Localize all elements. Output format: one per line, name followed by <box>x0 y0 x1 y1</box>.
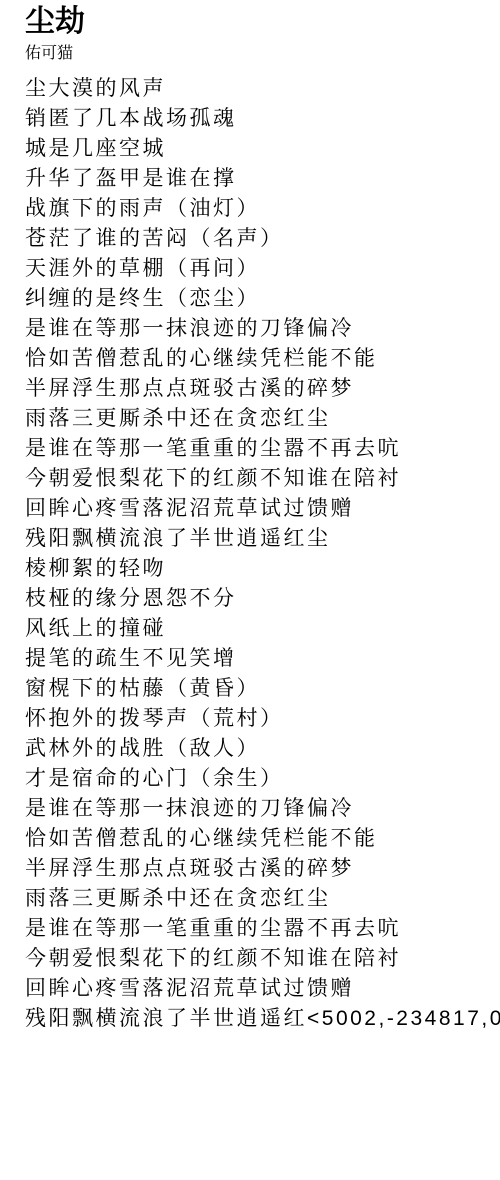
lyrics-page: 尘劫 佑可猫 尘大漠的风声销匿了几本战场孤魂城是几座空城升华了盔甲是谁在撑战旗下… <box>0 2 500 1034</box>
lyric-line: 恰如苦僧惹乱的心继续凭栏能不能 <box>25 344 500 374</box>
lyric-line: 半屏浮生那点点斑驳古溪的碎梦 <box>25 854 500 884</box>
artist-name: 佑可猫 <box>25 44 500 64</box>
lyric-line: 回眸心疼雪落泥沼荒草试过馈赠 <box>25 974 500 1004</box>
lyric-line: 是谁在等那一笔重重的尘嚣不再去吭 <box>25 434 500 464</box>
lyric-line: 棱柳絮的轻吻 <box>25 554 500 584</box>
lyric-line: 残阳飘横流浪了半世逍遥红<5002,-234817,0>尘 <box>25 1004 500 1034</box>
lyric-line: 纠缠的是终生（恋尘） <box>25 284 500 314</box>
lyric-line: 今朝爱恨梨花下的红颜不知谁在陪衬 <box>25 944 500 974</box>
lyric-line: 苍茫了谁的苦闷（名声） <box>25 224 500 254</box>
lyric-line: 是谁在等那一抹浪迹的刀锋偏冷 <box>25 794 500 824</box>
lyric-line: 恰如苦僧惹乱的心继续凭栏能不能 <box>25 824 500 854</box>
lyric-line: 是谁在等那一抹浪迹的刀锋偏冷 <box>25 314 500 344</box>
lyrics-list: 尘大漠的风声销匿了几本战场孤魂城是几座空城升华了盔甲是谁在撑战旗下的雨声（油灯）… <box>25 74 500 1034</box>
lyric-line: 风纸上的撞碰 <box>25 614 500 644</box>
lyric-line: 武林外的战胜（敌人） <box>25 734 500 764</box>
lyric-line: 才是宿命的心门（余生） <box>25 764 500 794</box>
lyric-line: 怀抱外的拨琴声（荒村） <box>25 704 500 734</box>
lyric-line: 城是几座空城 <box>25 134 500 164</box>
lyric-line: 尘大漠的风声 <box>25 74 500 104</box>
lyric-line: 提笔的疏生不见笑增 <box>25 644 500 674</box>
lyric-line: 枝桠的缘分恩怨不分 <box>25 584 500 614</box>
lyric-line: 回眸心疼雪落泥沼荒草试过馈赠 <box>25 494 500 524</box>
lyric-line: 窗榥下的枯藤（黄昏） <box>25 674 500 704</box>
lyric-line: 残阳飘横流浪了半世逍遥红尘 <box>25 524 500 554</box>
lyric-line: 是谁在等那一笔重重的尘嚣不再去吭 <box>25 914 500 944</box>
lyric-line: 升华了盔甲是谁在撑 <box>25 164 500 194</box>
lyric-line: 战旗下的雨声（油灯） <box>25 194 500 224</box>
lyric-line: 雨落三更厮杀中还在贪恋红尘 <box>25 404 500 434</box>
lyric-line: 天涯外的草棚（再问） <box>25 254 500 284</box>
lyric-line: 销匿了几本战场孤魂 <box>25 104 500 134</box>
lyric-line: 今朝爱恨梨花下的红颜不知谁在陪衬 <box>25 464 500 494</box>
page-title: 尘劫 <box>25 2 500 42</box>
lyric-line: 雨落三更厮杀中还在贪恋红尘 <box>25 884 500 914</box>
lyric-line: 半屏浮生那点点斑驳古溪的碎梦 <box>25 374 500 404</box>
